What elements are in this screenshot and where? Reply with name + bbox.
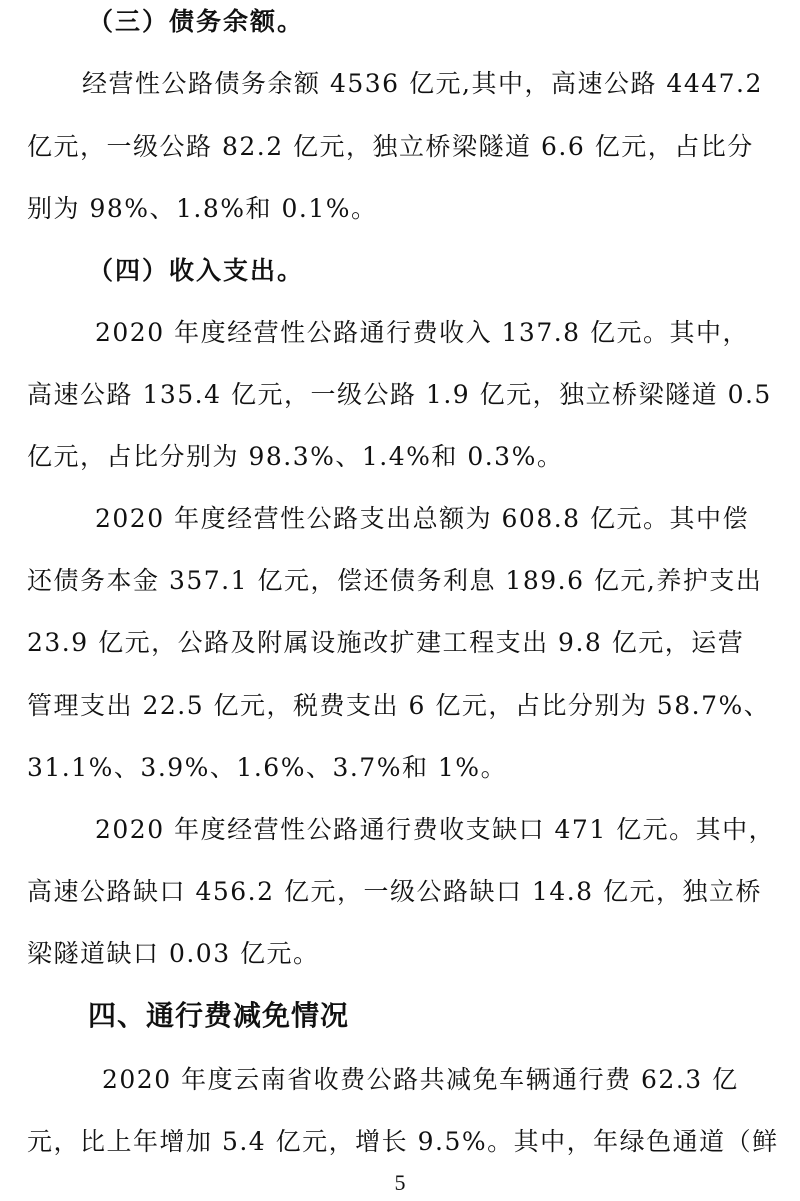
paragraph-line: 23.9 亿元，公路及附属设施改扩建工程支出 9.8 亿元，运营	[27, 623, 744, 663]
paragraph-line: 2020 年度经营性公路通行费收入 137.8 亿元。其中，	[95, 313, 749, 353]
page-number: 5	[0, 1168, 800, 1198]
paragraph-line: 亿元，占比分别为 98.3%、1.4%和 0.3%。	[27, 437, 563, 477]
sub-heading-debt-balance: （三）债务余额。	[88, 2, 304, 42]
paragraph-line: 亿元，一级公路 82.2 亿元，独立桥梁隧道 6.6 亿元，占比分	[27, 127, 754, 167]
paragraph-line: 元，比上年增加 5.4 亿元，增长 9.5%。其中，年绿色通道（鲜	[27, 1122, 779, 1162]
paragraph-line: 经营性公路债务余额 4536 亿元,其中，高速公路 4447.2	[82, 64, 763, 104]
paragraph-line: 31.1%、3.9%、1.6%、3.7%和 1%。	[27, 748, 507, 788]
paragraph-line: 2020 年度经营性公路支出总额为 608.8 亿元。其中偿	[95, 499, 749, 539]
paragraph-line: 管理支出 22.5 亿元，税费支出 6 亿元，占比分别为 58.7%、	[27, 686, 770, 726]
paragraph-line: 别为 98%、1.8%和 0.1%。	[27, 189, 378, 229]
paragraph-line: 高速公路 135.4 亿元，一级公路 1.9 亿元，独立桥梁隧道 0.5	[27, 375, 772, 415]
sub-heading-income-expense: （四）收入支出。	[88, 251, 304, 291]
paragraph-line: 高速公路缺口 456.2 亿元，一级公路缺口 14.8 亿元，独立桥	[27, 872, 762, 912]
paragraph-line: 还债务本金 357.1 亿元，偿还债务利息 189.6 亿元,养护支出	[27, 561, 762, 601]
paragraph-line: 梁隧道缺口 0.03 亿元。	[27, 934, 320, 974]
paragraph-line: 2020 年度云南省收费公路共减免车辆通行费 62.3 亿	[102, 1060, 739, 1100]
section-heading-toll-reduction: 四、通行费减免情况	[88, 996, 349, 1036]
paragraph-line: 2020 年度经营性公路通行费收支缺口 471 亿元。其中，	[95, 810, 775, 850]
